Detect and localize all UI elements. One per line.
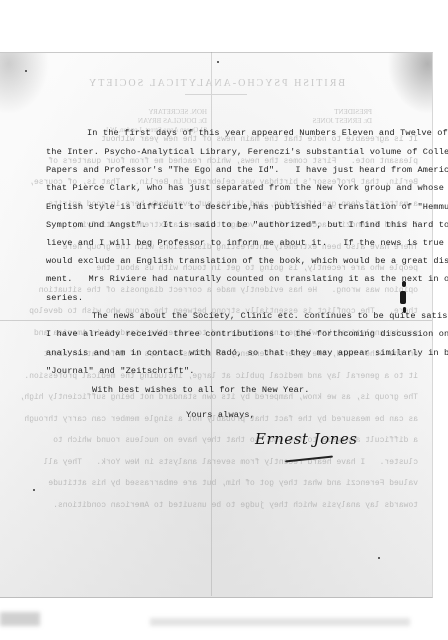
scan-smudge	[0, 612, 40, 626]
bleed-through-line: a difficult analysis to the end, so that…	[53, 436, 418, 445]
ink-speck	[33, 489, 35, 491]
ink-blot	[403, 307, 406, 313]
letter-line: lieve and I will beg Professor to inform…	[46, 238, 448, 248]
letterhead-secretary-label: HON. SECRETARY	[106, 108, 208, 117]
letter-line: English style is difficult to describe,h…	[46, 202, 448, 212]
letterhead-president: PRESIDENT Dr. ERNEST JONES	[312, 108, 372, 126]
letter-line: analysis and am in contact with Radó, so…	[46, 348, 448, 358]
bleed-through-line: towards lay analysis which they judge to…	[53, 501, 418, 510]
bleed-through-line: cluster. I have heard recently from seve…	[44, 458, 418, 467]
letter-line: "Journal" and "Zeitschrift".	[46, 366, 195, 376]
letter-line: that Pierce Clark, who has just separate…	[46, 183, 444, 193]
ink-speck	[217, 61, 219, 63]
ink-blot	[402, 281, 406, 287]
letterhead-secretary-name: Dr. DOUGLAS BRYAN	[106, 117, 208, 126]
letter-line: Symptom und Angst". It is said to be "au…	[46, 220, 448, 230]
bleed-through-line: valued Ferenczi and what they got of him…	[48, 479, 418, 488]
ink-blot	[400, 291, 406, 304]
ink-speck	[25, 70, 27, 72]
scan-smudge	[150, 618, 410, 626]
letter-line: With best wishes to all for the New Year…	[92, 385, 310, 395]
signature: Ernest Jones	[255, 430, 357, 448]
letterhead-president-label: PRESIDENT	[312, 108, 372, 117]
closing-line: Yours always,	[186, 410, 255, 420]
letter-line: series.	[46, 293, 83, 303]
letter-line: the Inter. Psycho-Analytical Library, Fe…	[46, 147, 448, 157]
letter-line: The news about the Society, Clinic etc. …	[92, 311, 448, 321]
ink-speck	[378, 557, 380, 559]
letter-line: ment. Mrs Riviere had naturally counted …	[46, 274, 448, 284]
letterhead-organization: BRITISH PSYCHO-ANALYTICAL SOCIETY	[0, 78, 432, 89]
letterhead-rule	[185, 94, 247, 95]
letter-line: would exclude an English translation of …	[46, 256, 448, 266]
bleed-through-line: opinion was wrong. He has evidently made…	[39, 286, 418, 295]
letter-line: I have already received three contributi…	[46, 329, 448, 339]
letter-line: In the first days of this year appeared …	[87, 128, 448, 138]
letterhead-president-name: Dr. ERNEST JONES	[312, 117, 372, 126]
letter-line: Papers and Professor's "The Ego and the …	[46, 165, 448, 175]
